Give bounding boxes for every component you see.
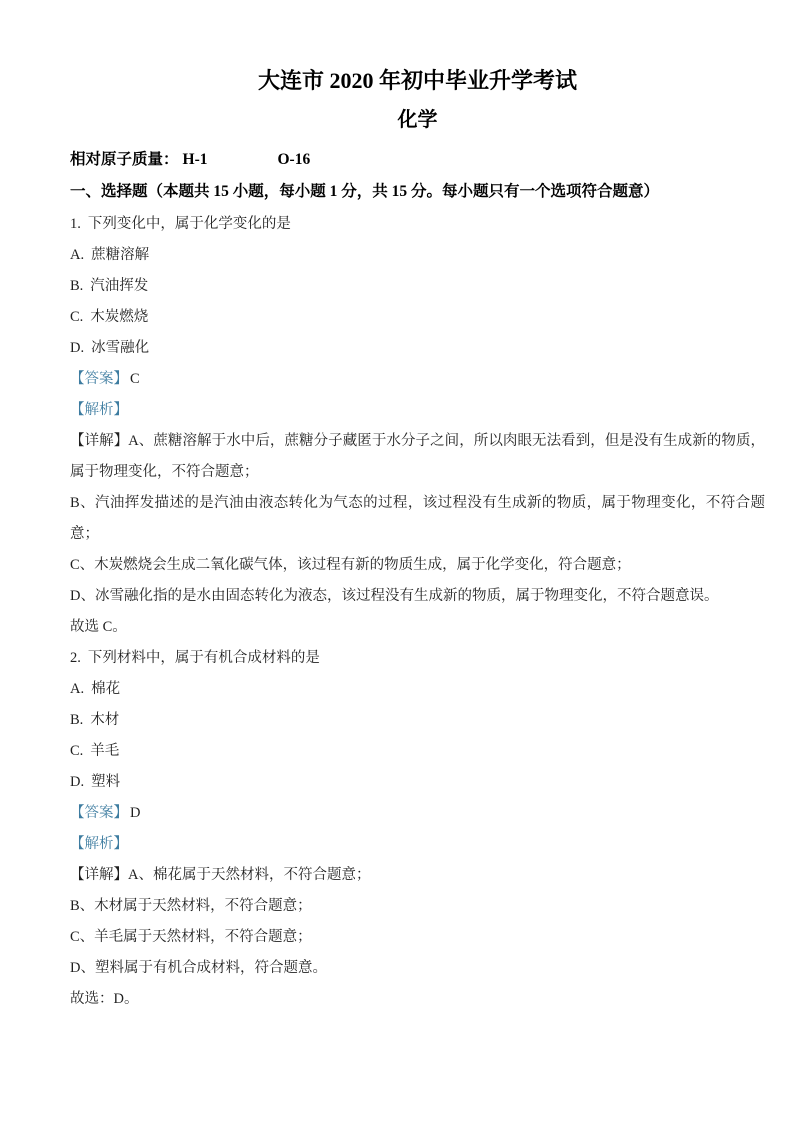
detail-paragraph: D、塑料属于有机合成材料，符合题意。 <box>70 953 765 984</box>
exam-subject: 化学 <box>70 108 765 132</box>
atomic-mass-hydrogen: H-1 <box>183 151 208 168</box>
option-text: 蔗糖溶解 <box>91 247 149 263</box>
detail-paragraph: C、羊毛属于天然材料，不符合题意； <box>70 922 765 953</box>
option-label: D. <box>70 340 84 356</box>
option-a: A.蔗糖溶解 <box>70 240 765 271</box>
analysis-line: 【解析】 <box>70 395 765 426</box>
answer-label: 【答案】 <box>70 371 128 387</box>
section-heading: 一、选择题（本题共 15 小题，每小题 1 分，共 15 分。每小题只有一个选项… <box>70 182 765 202</box>
question-number: 2. <box>70 650 81 666</box>
answer-value: C <box>130 371 140 387</box>
answer-line: 【答案】D <box>70 798 765 829</box>
option-label: B. <box>70 278 83 294</box>
option-label: D. <box>70 774 84 790</box>
answer-line: 【答案】C <box>70 364 765 395</box>
detail-paragraph: B、汽油挥发描述的是汽油由液态转化为气态的过程，该过程没有生成新的物质，属于物理… <box>70 488 765 550</box>
answer-label: 【答案】 <box>70 805 128 821</box>
atomic-mass-line: 相对原子质量：H-1O-16 <box>70 150 765 170</box>
option-a: A.棉花 <box>70 674 765 705</box>
option-d: D.冰雪融化 <box>70 333 765 364</box>
option-text: 冰雪融化 <box>91 340 149 356</box>
detail-text: A、蔗糖溶解于水中后，蔗糖分子藏匿于水分子之间，所以肉眼无法看到，但是没有生成新… <box>70 433 765 480</box>
option-b: B.汽油挥发 <box>70 271 765 302</box>
answer-value: D <box>130 805 140 821</box>
question-stem: 2.下列材料中，属于有机合成材料的是 <box>70 643 765 674</box>
question-text: 下列变化中，属于化学变化的是 <box>88 216 291 232</box>
document-page: 大连市 2020 年初中毕业升学考试 化学 相对原子质量：H-1O-16 一、选… <box>0 0 793 1122</box>
analysis-line: 【解析】 <box>70 829 765 860</box>
option-text: 木材 <box>90 712 119 728</box>
conclusion-line: 故选：D。 <box>70 984 765 1015</box>
detail-label: 【详解】 <box>70 433 128 449</box>
question-text: 下列材料中，属于有机合成材料的是 <box>88 650 320 666</box>
option-text: 羊毛 <box>90 743 119 759</box>
atomic-mass-oxygen: O-16 <box>277 151 310 168</box>
option-label: A. <box>70 247 84 263</box>
option-c: C.羊毛 <box>70 736 765 767</box>
question-stem: 1.下列变化中，属于化学变化的是 <box>70 209 765 240</box>
option-text: 棉花 <box>91 681 120 697</box>
conclusion-line: 故选 C。 <box>70 612 765 643</box>
detail-paragraph: C、木炭燃烧会生成二氧化碳气体，该过程有新的物质生成，属于化学变化，符合题意； <box>70 550 765 581</box>
option-b: B.木材 <box>70 705 765 736</box>
option-label: A. <box>70 681 84 697</box>
detail-text: A、棉花属于天然材料，不符合题意； <box>128 867 370 883</box>
question-block-2: 2.下列材料中，属于有机合成材料的是 A.棉花 B.木材 C.羊毛 D.塑料 【… <box>70 643 765 1015</box>
exam-title: 大连市 2020 年初中毕业升学考试 <box>70 68 765 94</box>
detail-paragraph: B、木材属于天然材料，不符合题意； <box>70 891 765 922</box>
option-text: 木炭燃烧 <box>90 309 148 325</box>
document-body: 1.下列变化中，属于化学变化的是 A.蔗糖溶解 B.汽油挥发 C.木炭燃烧 D.… <box>70 209 765 1015</box>
detail-label: 【详解】 <box>70 867 128 883</box>
option-text: 塑料 <box>91 774 120 790</box>
detail-paragraph: D、冰雪融化指的是水由固态转化为液态，该过程没有生成新的物质，属于物理变化，不符… <box>70 581 765 612</box>
option-text: 汽油挥发 <box>90 278 148 294</box>
question-block-1: 1.下列变化中，属于化学变化的是 A.蔗糖溶解 B.汽油挥发 C.木炭燃烧 D.… <box>70 209 765 643</box>
option-label: C. <box>70 309 83 325</box>
detail-paragraph: 【详解】A、棉花属于天然材料，不符合题意； <box>70 860 765 891</box>
analysis-label: 【解析】 <box>70 836 128 852</box>
option-label: B. <box>70 712 83 728</box>
analysis-label: 【解析】 <box>70 402 128 418</box>
option-c: C.木炭燃烧 <box>70 302 765 333</box>
option-d: D.塑料 <box>70 767 765 798</box>
detail-paragraph: 【详解】A、蔗糖溶解于水中后，蔗糖分子藏匿于水分子之间，所以肉眼无法看到，但是没… <box>70 426 765 488</box>
option-label: C. <box>70 743 83 759</box>
question-number: 1. <box>70 216 81 232</box>
atomic-mass-label: 相对原子质量： <box>70 151 179 168</box>
document-content: 大连市 2020 年初中毕业升学考试 化学 相对原子质量：H-1O-16 一、选… <box>70 0 765 1015</box>
